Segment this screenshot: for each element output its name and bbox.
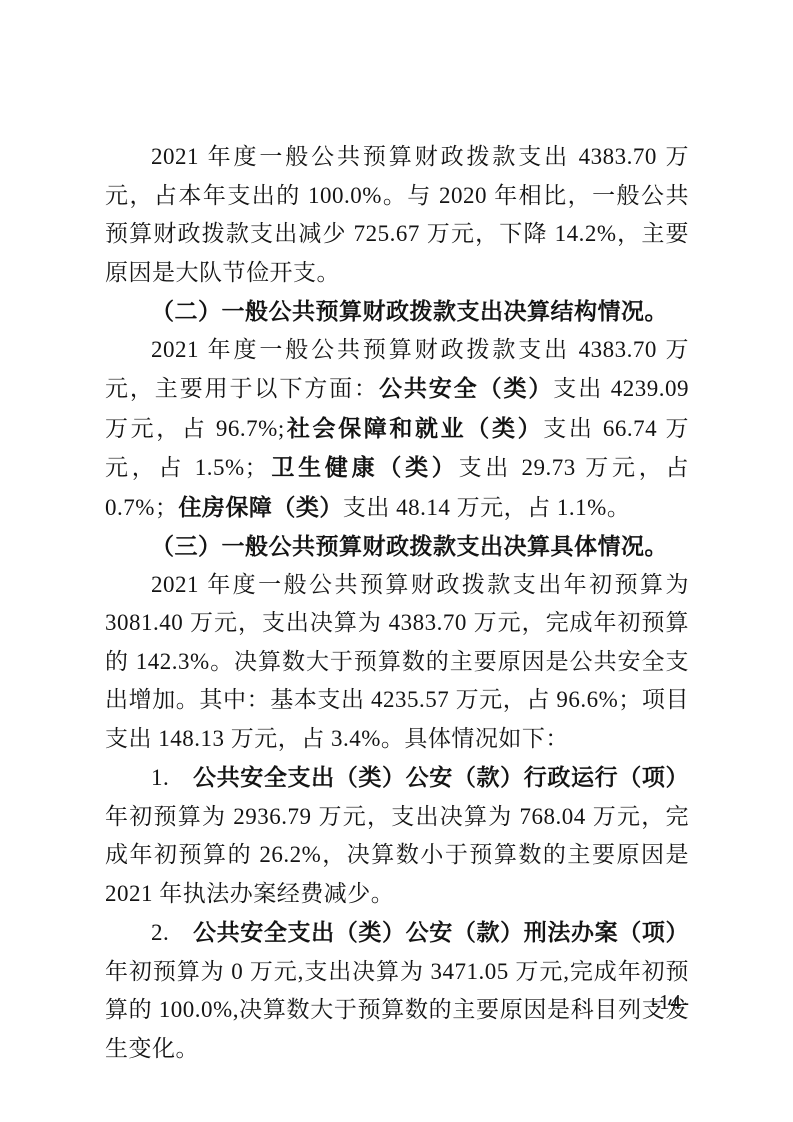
text-run: 1. (151, 765, 193, 790)
bold-term: （三）一般公共预算财政拨款支出决算具体情况。 (151, 533, 668, 559)
bold-term: 公共安全（类） (379, 375, 553, 401)
document-page: 2021 年度一般公共预算财政拨款支出 4383.70 万元，占本年支出的 10… (0, 0, 793, 1122)
text-run: 支出 48.14 万元，占 1.1%。 (343, 495, 630, 520)
bold-term: 公共安全支出（类）公安（款）刑法办案（项） (193, 919, 689, 945)
list-item-1-public-security-admin-operation: 1. 公共安全支出（类）公安（款）行政运行（项）年初预算为 2936.79 万元… (105, 758, 689, 913)
para-budget-vs-final-accounts: 2021 年度一般公共预算财政拨款支出年初预算为 3081.40 万元，支出决算… (105, 566, 689, 759)
heading-section-2: （二）一般公共预算财政拨款支出决算结构情况。 (105, 292, 689, 331)
page-footer: -14- (651, 990, 690, 1015)
bold-term: 公共安全支出（类）公安（款）行政运行（项） (193, 764, 689, 790)
bold-term: 社会保障和就业（类） (285, 415, 543, 441)
document-body: 2021 年度一般公共预算财政拨款支出 4383.70 万元，占本年支出的 10… (105, 138, 689, 1068)
bold-term: 住房保障（类） (178, 494, 343, 520)
text-run: 年初预算为 0 万元,支出决算为 3471.05 万元,完成年初预算的 100.… (105, 959, 689, 1061)
bold-term: （二）一般公共预算财政拨款支出决算结构情况。 (151, 298, 668, 324)
text-run: 2021 年度一般公共预算财政拨款支出年初预算为 3081.40 万元，支出决算… (105, 572, 689, 751)
text-run: 2021 年度一般公共预算财政拨款支出 4383.70 万元，占本年支出的 10… (105, 144, 689, 285)
list-item-2-public-security-criminal-cases: 2. 公共安全支出（类）公安（款）刑法办案（项）年初预算为 0 万元,支出决算为… (105, 913, 689, 1068)
para-budget-expenditure-overview: 2021 年度一般公共预算财政拨款支出 4383.70 万元，占本年支出的 10… (105, 138, 689, 292)
bold-term: 卫生健康（类） (268, 454, 458, 480)
text-run: 年初预算为 2936.79 万元，支出决算为 768.04 万元，完成年初预算的… (105, 804, 689, 906)
heading-section-3: （三）一般公共预算财政拨款支出决算具体情况。 (105, 527, 689, 566)
para-expenditure-structure: 2021 年度一般公共预算财政拨款支出 4383.70 万元，主要用于以下方面：… (105, 331, 689, 528)
page-number: -14- (651, 990, 690, 1014)
text-run: 2. (151, 920, 193, 945)
